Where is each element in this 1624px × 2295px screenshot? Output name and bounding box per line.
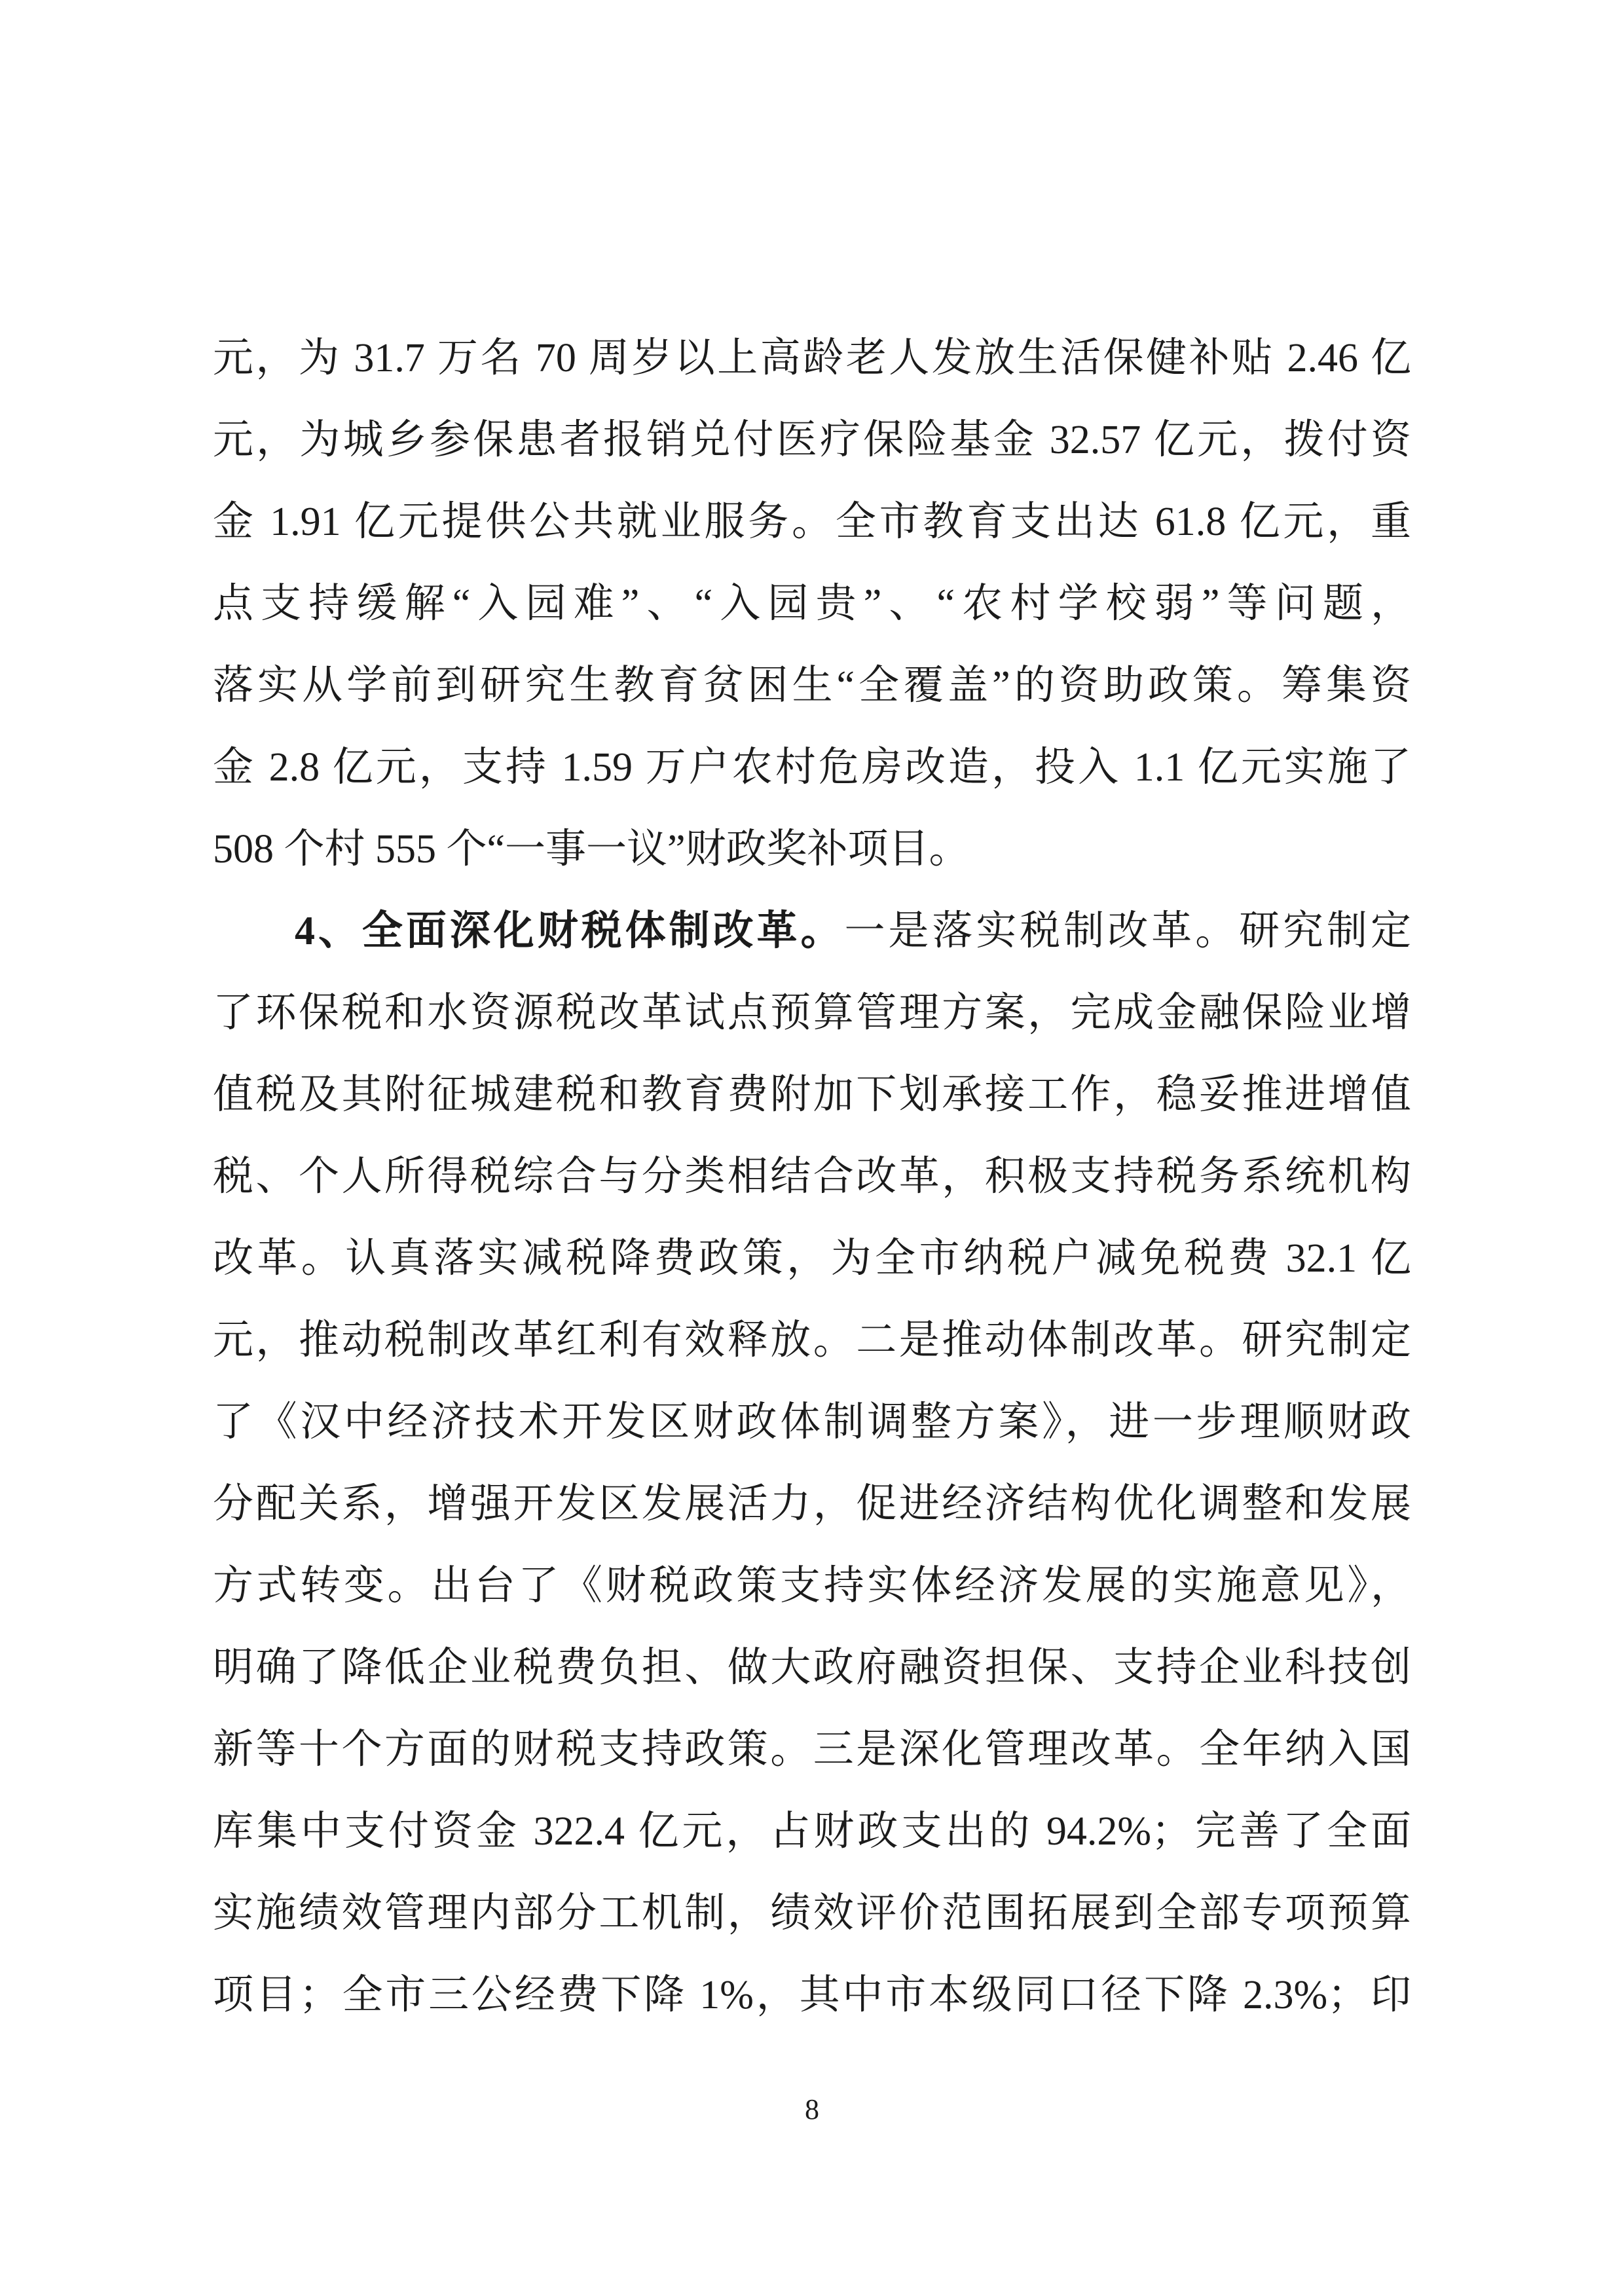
text-segment: 税、个人所得税综合与分类相结合改革，积极支持税务系统机构 — [213, 1154, 1411, 1199]
text-segment: 金 2.8 亿元，支持 1.59 万户农村危房改造，投入 1.1 亿元实施了 — [213, 745, 1411, 790]
text-line: 元，为城乡参保患者报销兑付医疗保险基金 32.57 亿元，拨付资 — [213, 399, 1411, 481]
text-line: 元，为 31.7 万名 70 周岁以上高龄老人发放生活保健补贴 2.46 亿 — [213, 318, 1411, 399]
text-line: 4、全面深化财税体制改革。一是落实税制改革。研究制定 — [213, 890, 1411, 972]
text-segment: 金 1.91 亿元提供公共就业服务。全市教育支出达 61.8 亿元，重 — [213, 500, 1411, 544]
text-line: 元，推动税制改革红利有效释放。二是推动体制改革。研究制定 — [213, 1300, 1411, 1382]
text-line: 方式转变。出台了《财税政策支持实体经济发展的实施意见》， — [213, 1545, 1411, 1627]
text-line: 金 2.8 亿元，支持 1.59 万户农村危房改造，投入 1.1 亿元实施了 — [213, 727, 1411, 809]
text-segment: 了环保税和水资源税改革试点预算管理方案，完成金融保险业增 — [213, 991, 1411, 1035]
page-number: 8 — [0, 2093, 1624, 2127]
text-line: 实施绩效管理内部分工机制，绩效评价范围拓展到全部专项预算 — [213, 1873, 1411, 1955]
text-segment: 一是落实税制改革。研究制定 — [844, 909, 1411, 953]
text-line: 点支持缓解“入园难”、“入园贵”、“农村学校弱”等问题， — [213, 563, 1411, 645]
text-segment: 元，为 31.7 万名 70 周岁以上高龄老人发放生活保健补贴 2.46 亿 — [213, 336, 1411, 380]
text-line: 库集中支付资金 322.4 亿元，占财政支出的 94.2%；完善了全面 — [213, 1791, 1411, 1873]
text-segment: 方式转变。出台了《财税政策支持实体经济发展的实施意见》， — [213, 1564, 1411, 1608]
text-segment: 落实从学前到研究生教育贫困生“全覆盖”的资助政策。筹集资 — [213, 663, 1411, 708]
text-line: 落实从学前到研究生教育贫困生“全覆盖”的资助政策。筹集资 — [213, 645, 1411, 727]
text-segment: 改革。认真落实减税降费政策，为全市纳税户减免税费 32.1 亿 — [213, 1236, 1411, 1281]
text-line: 新等十个方面的财税支持政策。三是深化管理改革。全年纳入国 — [213, 1709, 1411, 1791]
text-line: 项目；全市三公经费下降 1%，其中市本级同口径下降 2.3%；印 — [213, 1955, 1411, 2036]
text-line: 税、个人所得税综合与分类相结合改革，积极支持税务系统机构 — [213, 1136, 1411, 1218]
text-segment: 值税及其附征城建税和教育费附加下划承接工作，稳妥推进增值 — [213, 1073, 1411, 1117]
text-segment: 元，为城乡参保患者报销兑付医疗保险基金 32.57 亿元，拨付资 — [213, 418, 1411, 462]
text-line: 改革。认真落实减税降费政策，为全市纳税户减免税费 32.1 亿 — [213, 1218, 1411, 1300]
text-segment: 实施绩效管理内部分工机制，绩效评价范围拓展到全部专项预算 — [213, 1891, 1411, 1936]
text-block: 元，为 31.7 万名 70 周岁以上高龄老人发放生活保健补贴 2.46 亿元，… — [213, 318, 1411, 2036]
text-segment: 分配关系，增强开发区发展活力，促进经济结构优化调整和发展 — [213, 1482, 1411, 1526]
text-segment: 508 个村 555 个“一事一议”财政奖补项目。 — [213, 827, 970, 872]
text-segment: 了《汉中经济技术开发区财政体制调整方案》，进一步理顺财政 — [213, 1400, 1411, 1444]
text-line: 明确了降低企业税费负担、做大政府融资担保、支持企业科技创 — [213, 1627, 1411, 1709]
text-segment: 元，推动税制改革红利有效释放。二是推动体制改革。研究制定 — [213, 1318, 1411, 1363]
section-heading: 4、全面深化财税体制改革。 — [295, 909, 844, 953]
text-segment: 点支持缓解“入园难”、“入园贵”、“农村学校弱”等问题， — [213, 581, 1411, 626]
text-line: 508 个村 555 个“一事一议”财政奖补项目。 — [213, 809, 1411, 890]
text-segment: 库集中支付资金 322.4 亿元，占财政支出的 94.2%；完善了全面 — [213, 1809, 1411, 1854]
document-page: 元，为 31.7 万名 70 周岁以上高龄老人发放生活保健补贴 2.46 亿元，… — [0, 0, 1624, 2295]
text-segment: 项目；全市三公经费下降 1%，其中市本级同口径下降 2.3%；印 — [213, 1973, 1411, 2017]
text-segment: 新等十个方面的财税支持政策。三是深化管理改革。全年纳入国 — [213, 1727, 1411, 1772]
text-line: 分配关系，增强开发区发展活力，促进经济结构优化调整和发展 — [213, 1463, 1411, 1545]
text-segment: 明确了降低企业税费负担、做大政府融资担保、支持企业科技创 — [213, 1645, 1411, 1690]
text-line: 值税及其附征城建税和教育费附加下划承接工作，稳妥推进增值 — [213, 1054, 1411, 1136]
text-line: 了环保税和水资源税改革试点预算管理方案，完成金融保险业增 — [213, 972, 1411, 1054]
text-line: 金 1.91 亿元提供公共就业服务。全市教育支出达 61.8 亿元，重 — [213, 481, 1411, 563]
text-line: 了《汉中经济技术开发区财政体制调整方案》，进一步理顺财政 — [213, 1382, 1411, 1463]
